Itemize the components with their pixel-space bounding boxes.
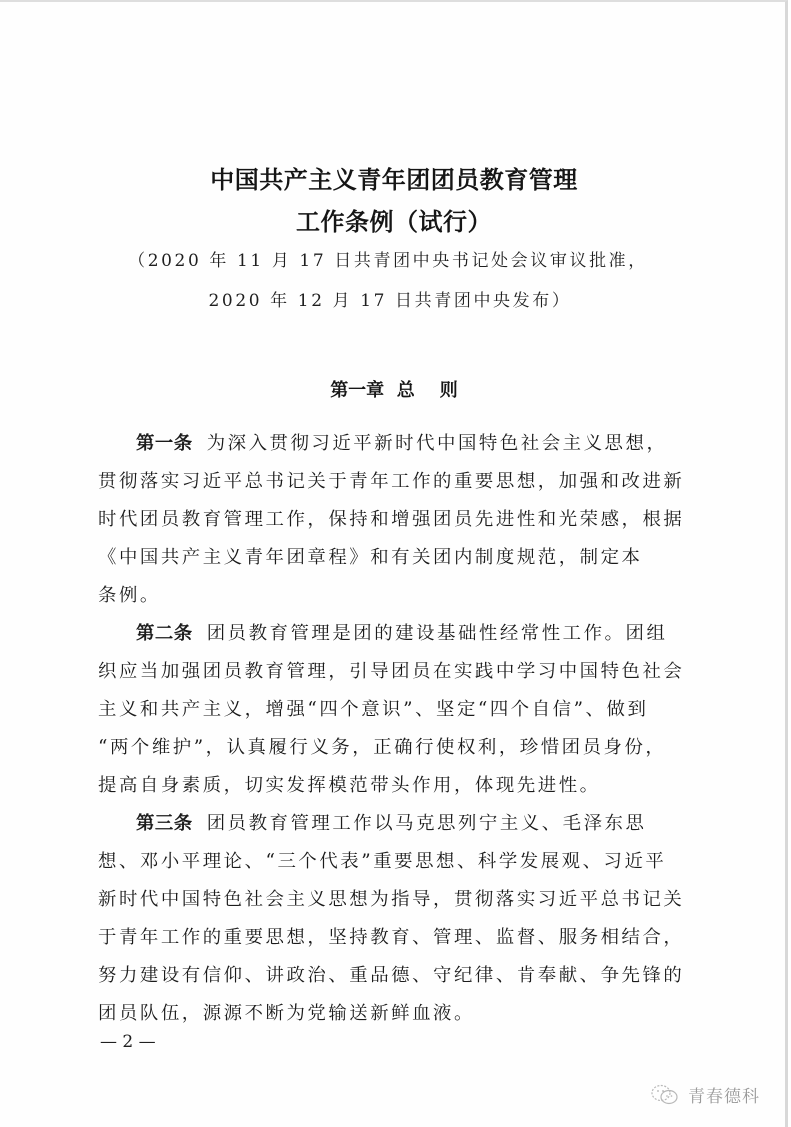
article-1-first-line: 第一条为深入贯彻习近平新时代中国特色社会主义思想， xyxy=(136,432,728,456)
article-2-line: 织应当加强团员教育管理，引导团员在实践中学习中国特色社会 xyxy=(98,660,690,684)
document-subtitle-line-2: 2020 年 12 月 17 日共青团中央发布） xyxy=(0,286,784,311)
document-subtitle-line-1: （2020 年 11 月 17 日共青团中央书记处会议审议批准， xyxy=(0,246,782,271)
document-page: 中国共产主义青年团团员教育管理 工作条例（试行） （2020 年 11 月 17… xyxy=(0,0,788,1127)
article-2-first-line: 第二条团员教育管理是团的建设基础性经常性工作。团组 xyxy=(136,622,728,646)
article-2-label: 第二条 xyxy=(136,623,193,644)
chapter-heading: 第一章 总 则 xyxy=(0,376,788,402)
wechat-icon xyxy=(650,1083,680,1107)
watermark-text: 青春德科 xyxy=(688,1082,760,1107)
article-3-line: 团员队伍，源源不断为党输送新鲜血液。 xyxy=(98,1002,690,1026)
article-3-line: 新时代中国特色社会主义思想为指导，贯彻落实习近平总书记关 xyxy=(98,888,690,912)
article-3-first-text: 团员教育管理工作以马克思列宁主义、毛泽东思 xyxy=(207,813,647,834)
article-1-line: 《中国共产主义青年团章程》和有关团内制度规范，制定本 xyxy=(98,546,690,570)
article-2-first-text: 团员教育管理是团的建设基础性经常性工作。团组 xyxy=(207,623,668,644)
article-3-line: 努力建设有信仰、讲政治、重品德、守纪律、肯奉献、争先锋的 xyxy=(98,964,690,988)
article-3-label: 第三条 xyxy=(136,813,193,834)
article-1-line: 时代团员教育管理工作，保持和增强团员先进性和光荣感，根据 xyxy=(98,508,690,532)
page-number: — 2 — xyxy=(100,1032,156,1052)
article-3-line: 想、邓小平理论、“三个代表”重要思想、科学发展观、习近平 xyxy=(98,850,690,874)
document-title-line-2: 工作条例（试行） xyxy=(0,202,788,237)
article-3-line: 于青年工作的重要思想，坚持教育、管理、监督、服务相结合， xyxy=(98,926,690,950)
article-1-line: 条例。 xyxy=(98,584,690,608)
document-title-line-1: 中国共产主义青年团团员教育管理 xyxy=(0,160,788,195)
watermark: 青春德科 xyxy=(650,1082,760,1107)
article-3-first-line: 第三条团员教育管理工作以马克思列宁主义、毛泽东思 xyxy=(136,812,728,836)
article-1-label: 第一条 xyxy=(136,433,193,454)
article-1-line: 贯彻落实习近平总书记关于青年工作的重要思想，加强和改进新 xyxy=(98,470,690,494)
article-2-line: “两个维护”，认真履行义务，正确行使权利，珍惜团员身份， xyxy=(98,736,690,760)
article-2-line: 主义和共产主义，增强“四个意识”、坚定“四个自信”、做到 xyxy=(98,698,690,722)
article-2-line: 提高自身素质，切实发挥模范带头作用，体现先进性。 xyxy=(98,774,690,798)
article-1-first-text: 为深入贯彻习近平新时代中国特色社会主义思想， xyxy=(207,433,668,454)
